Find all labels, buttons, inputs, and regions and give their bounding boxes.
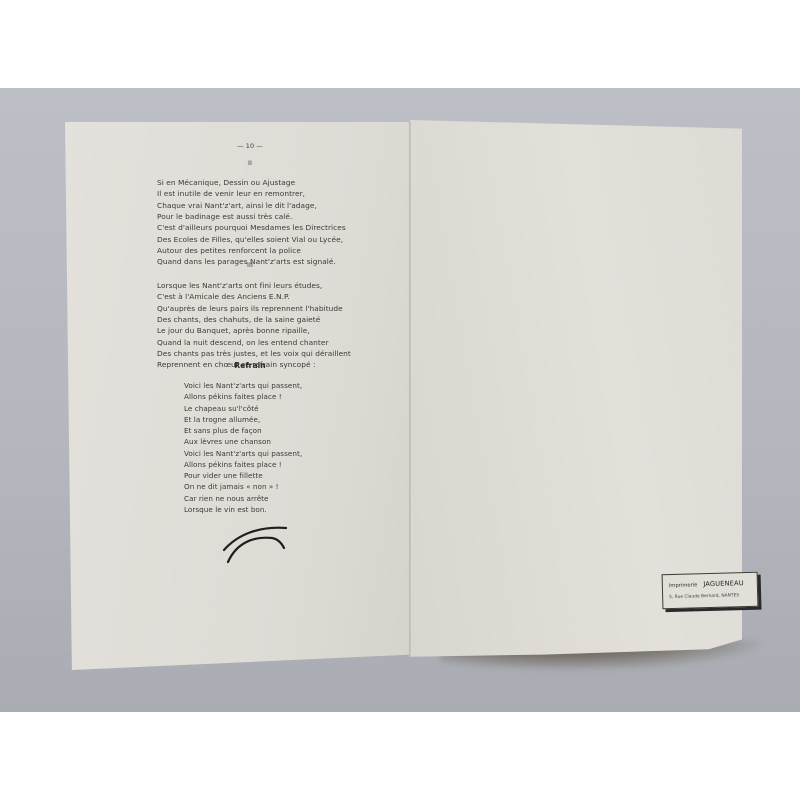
refrain-line: Et la trogne allumée, <box>184 414 302 425</box>
refrain-line: On ne dit jamais « non » ! <box>184 481 302 492</box>
verse-line: Chaque vrai Nant'z'art, ainsi le dit l'a… <box>157 200 346 211</box>
verse-line: Des chants pas très justes, et les voix … <box>157 348 351 359</box>
verse-line: Des Ecoles de Filles, qu'elles soient Vi… <box>157 234 346 245</box>
verse-line: Si en Mécanique, Dessin ou Ajustage <box>157 177 346 188</box>
refrain-line: Allons pékins faites place ! <box>184 459 302 470</box>
crossed-swash-ornament-icon <box>220 520 290 565</box>
printer-address: 5, Rue Claude Bernard, NANTES <box>669 593 739 600</box>
stanza-3-numeral: III <box>225 260 275 271</box>
booklet-spine <box>409 122 411 657</box>
refrain-line: Car rien ne nous arrête <box>184 493 302 504</box>
stanza-2: Si en Mécanique, Dessin ou Ajustage Il e… <box>157 177 346 268</box>
refrain-line: Lorsque le vin est bon. <box>184 504 302 515</box>
refrain-line: Allons pékins faites place ! <box>184 391 302 402</box>
refrain-line: Voici les Nant'z'arts qui passent, <box>184 448 302 459</box>
refrain-line: Voici les Nant'z'arts qui passent, <box>184 380 302 391</box>
verse-line: Des chants, des chahuts, de la saine gai… <box>157 314 351 325</box>
page-number: — 10 — <box>225 141 275 152</box>
verse-line: Lorsque les Nant'z'arts ont fini leurs é… <box>157 280 351 291</box>
verse-line: C'est d'ailleurs pourquoi Mesdames les D… <box>157 222 346 233</box>
printer-label: ImprimerieJAGUENEAU <box>669 579 744 589</box>
refrain-title: Refrain <box>210 360 290 371</box>
verse-line: Qu'auprès de leurs pairs ils reprennent … <box>157 303 351 314</box>
verse-line: Le jour du Banquet, après bonne ripaille… <box>157 325 351 336</box>
refrain-line: Et sans plus de façon <box>184 425 302 436</box>
verse-line: Il est inutile de venir leur en remontre… <box>157 188 346 199</box>
printer-stamp: ImprimerieJAGUENEAU 5, Rue Claude Bernar… <box>662 572 759 610</box>
verse-line: Autour des petites renforcent la police <box>157 245 346 256</box>
printer-name: JAGUENEAU <box>703 579 744 588</box>
refrain-line: Le chapeau su'l'côté <box>184 403 302 414</box>
verse-line: Pour le badinage est aussi très calé. <box>157 211 346 222</box>
refrain-line: Pour vider une fillette <box>184 470 302 481</box>
verse-line: Quand la nuit descend, on les entend cha… <box>157 337 351 348</box>
refrain: Voici les Nant'z'arts qui passent, Allon… <box>184 380 302 515</box>
verse-line: C'est à l'Amicale des Anciens E.N.P. <box>157 291 351 302</box>
refrain-line: Aux lèvres une chanson <box>184 436 302 447</box>
stanza-2-numeral: II <box>225 158 275 169</box>
stanza-3: Lorsque les Nant'z'arts ont fini leurs é… <box>157 280 351 371</box>
printer-label-text: Imprimerie <box>669 582 698 589</box>
